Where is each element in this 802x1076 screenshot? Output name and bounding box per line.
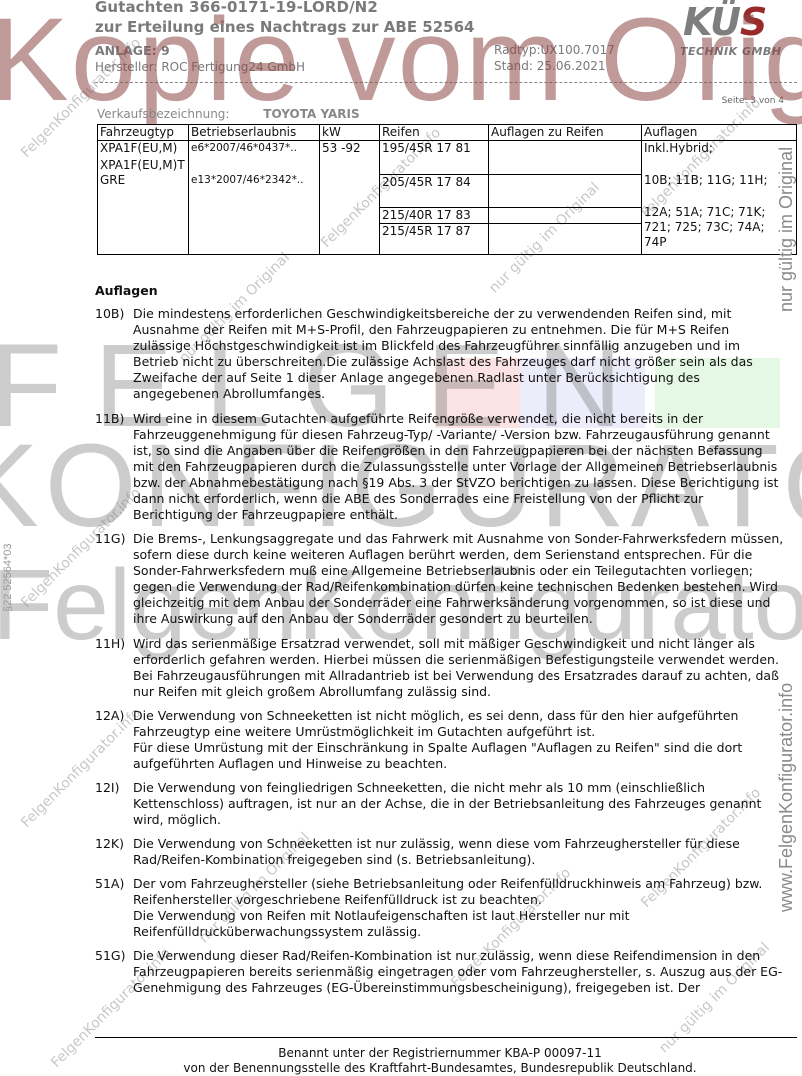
- document-title: Gutachten 366-0171-19-LORD/N2: [95, 0, 378, 16]
- auflage-code: 11B): [95, 411, 124, 427]
- footer-line-1: Benannt unter der Registriernummer KBA-P…: [0, 1046, 802, 1060]
- fahrzeugtyp-cell: XPA1F(EU,M) XPA1F(EU,M)TGRE: [98, 141, 189, 255]
- auflage-text: Die Verwendung dieser Rad/Reifen-Kombina…: [133, 948, 785, 996]
- vehicle-table: Fahrzeugtyp Betriebserlaubnis kW Reifen …: [97, 124, 797, 255]
- footer-divider: [95, 1037, 797, 1038]
- betriebserlaubnis-value: e6*2007/46*0437*..: [191, 141, 317, 156]
- auflagen-cell: Inkl.Hybrid; 10B; 11B; 11G; 11H; 12A; 51…: [642, 141, 797, 255]
- auflage-text: Die mindestens erforderlichen Geschwindi…: [133, 306, 785, 402]
- col-header: Betriebserlaubnis: [189, 125, 320, 141]
- stand-label: Stand:: [494, 59, 533, 73]
- auflage-text: Die Verwendung von feingliedrigen Schnee…: [133, 780, 785, 828]
- anlage-label: ANLAGE:: [95, 43, 157, 58]
- auflage-code: 11G): [95, 531, 125, 547]
- kus-logo-subtitle: TECHNIK GMBH: [680, 45, 782, 58]
- reifen-cell: 215/45R 17 87: [380, 224, 489, 255]
- auflage-item: 11B) Wird eine in diesem Gutachten aufge…: [95, 411, 785, 523]
- auflage-text: Die Verwendung von Schneeketten ist nich…: [133, 708, 785, 740]
- reifen-cell: 195/45R 17 81: [380, 141, 489, 175]
- kw-cell: 53 -92: [320, 141, 380, 255]
- table-row: XPA1F(EU,M) XPA1F(EU,M)TGRE e6*2007/46*0…: [98, 141, 797, 175]
- stand-value: 25.06.2021: [537, 59, 606, 73]
- auflage-item: 12A) Die Verwendung von Schneeketten ist…: [95, 708, 785, 772]
- verkaufsbezeichnung-value: TOYOTA YARIS: [263, 107, 359, 121]
- col-header: Reifen: [380, 125, 489, 141]
- logo-text: KÜ: [683, 0, 740, 44]
- betriebserlaubnis-cell: e6*2007/46*0437*.. e13*2007/46*2342*..: [189, 141, 320, 255]
- auflage-item: 12K) Die Verwendung von Schneeketten ist…: [95, 836, 785, 868]
- auflage-item: 11G) Die Brems-, Lenkungsaggregate und d…: [95, 531, 785, 627]
- header-divider: [95, 82, 797, 83]
- auflage-text: Die Brems-, Lenkungsaggregate und das Fa…: [133, 531, 785, 627]
- auflage-code: 12I): [95, 780, 119, 796]
- auflage-text: Wird eine in diesem Gutachten aufgeführt…: [133, 411, 785, 523]
- auflage-item: 10B) Die mindestens erforderlichen Gesch…: [95, 306, 785, 402]
- anlage: ANLAGE: 9: [95, 43, 170, 58]
- auflage-text: Der vom Fahrzeughersteller (siehe Betrie…: [133, 876, 785, 908]
- footer-line-2: von der Benennungsstelle des Kraftfahrt-…: [0, 1061, 802, 1075]
- anlage-value: 9: [161, 43, 170, 58]
- reifen-cell: 205/45R 17 84: [380, 175, 489, 208]
- auflagen-zu-reifen-cell: [489, 224, 642, 255]
- fahrzeugtyp-value: XPA1F(EU,M): [100, 141, 186, 156]
- auflage-code: 12K): [95, 836, 124, 852]
- betriebserlaubnis-value: e13*2007/46*2342*..: [191, 173, 317, 188]
- radtyp-value: UX100.7017: [541, 43, 615, 57]
- auflage-code: 10B): [95, 306, 124, 322]
- auflagen-value: Inkl.Hybrid;: [644, 141, 794, 156]
- fahrzeugtyp-value: XPA1F(EU,M)TGRE: [100, 158, 186, 188]
- watermark-left-code: §22 52564*03: [2, 543, 14, 612]
- auflagen-value: 74P: [644, 235, 794, 250]
- auflage-item: 51G) Die Verwendung dieser Rad/Reifen-Ko…: [95, 948, 785, 996]
- auflage-code: 12A): [95, 708, 124, 724]
- verkaufsbezeichnung: Verkaufsbezeichnung: TOYOTA YARIS: [97, 107, 360, 121]
- auflage-text: Für diese Umrüstung mit der Einschränkun…: [133, 740, 785, 772]
- auflagen-value: 10B; 11B; 11G; 11H;: [644, 173, 794, 188]
- col-header: kW: [320, 125, 380, 141]
- auflage-text: Die Verwendung von Schneeketten ist nur …: [133, 836, 785, 868]
- radtyp-label: Radtyp:: [494, 43, 541, 57]
- hersteller-value: ROC Fertigung24 GmbH: [161, 60, 305, 74]
- auflage-item: 51A) Der vom Fahrzeughersteller (siehe B…: [95, 876, 785, 940]
- reifen-cell: 215/40R 17 83: [380, 208, 489, 224]
- table-header-row: Fahrzeugtyp Betriebserlaubnis kW Reifen …: [98, 125, 797, 141]
- radtyp: Radtyp:UX100.7017: [494, 43, 615, 57]
- col-header: Auflagen zu Reifen: [489, 125, 642, 141]
- hersteller: Hersteller: ROC Fertigung24 GmbH: [95, 60, 305, 74]
- col-header: Auflagen: [642, 125, 797, 141]
- kus-logo: KÜS: [683, 0, 766, 44]
- auflagen-zu-reifen-cell: [489, 175, 642, 208]
- section-title: Auflagen: [95, 283, 158, 298]
- auflage-item: 12I) Die Verwendung von feingliedrigen S…: [95, 780, 785, 828]
- col-header: Fahrzeugtyp: [98, 125, 189, 141]
- auflage-code: 11H): [95, 636, 125, 652]
- hersteller-label: Hersteller:: [95, 60, 158, 74]
- auflage-text: Die Verwendung von Reifen mit Notlaufeig…: [133, 908, 785, 940]
- auflagen-value: 721; 725; 73C; 74A;: [644, 220, 794, 235]
- auflagen-value: 12A; 51A; 71C; 71K;: [644, 205, 794, 220]
- auflage-text: Wird das serienmäßige Ersatzrad verwende…: [133, 636, 785, 700]
- auflagen-zu-reifen-cell: [489, 141, 642, 175]
- verkaufsbezeichnung-label: Verkaufsbezeichnung:: [97, 107, 229, 121]
- auflagen-zu-reifen-cell: [489, 208, 642, 224]
- auflage-code: 51A): [95, 876, 124, 892]
- document-subtitle: zur Erteilung eines Nachtrags zur ABE 52…: [95, 18, 474, 36]
- auflage-item: 11H) Wird das serienmäßige Ersatzrad ver…: [95, 636, 785, 700]
- stand: Stand: 25.06.2021: [494, 59, 606, 73]
- page-number: Seite: 3 von 4: [722, 96, 784, 106]
- logo-accent: S: [740, 0, 766, 44]
- auflage-code: 51G): [95, 948, 125, 964]
